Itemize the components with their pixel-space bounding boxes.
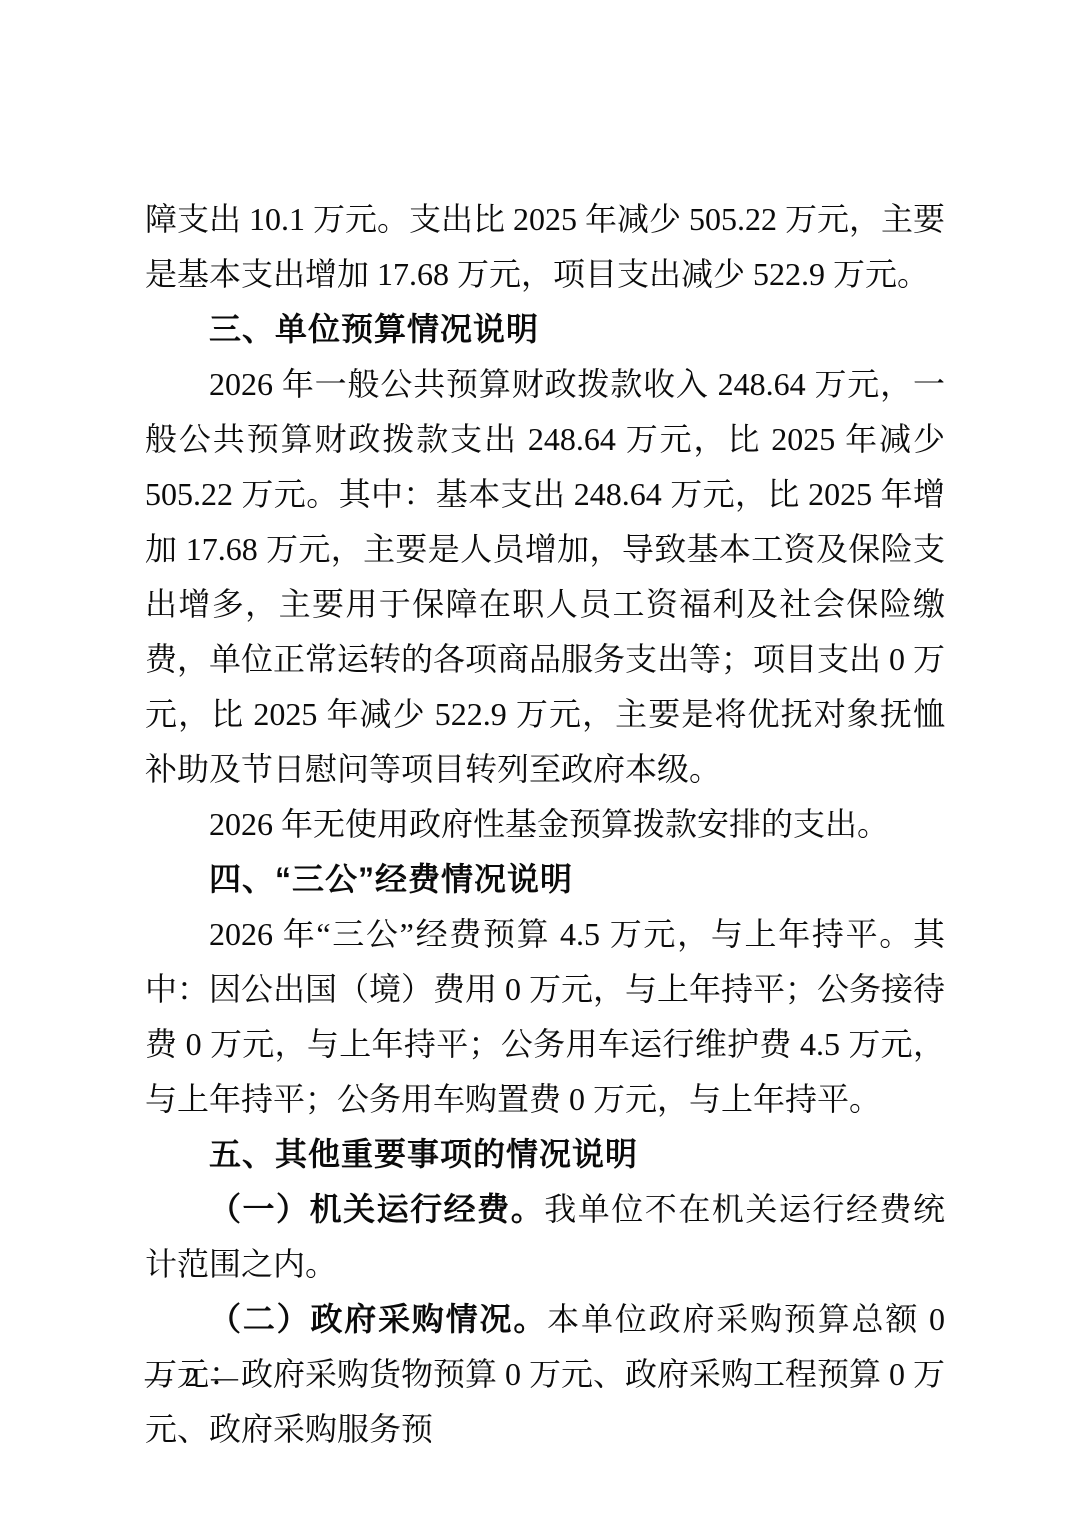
document-body: 障支出 10.1 万元。支出比 2025 年减少 505.22 万元，主要是基本… — [145, 192, 945, 1457]
paragraph-operating-costs: （一）机关运行经费。我单位不在机关运行经费统计范围之内。 — [145, 1182, 945, 1292]
paragraph-continuation: 障支出 10.1 万元。支出比 2025 年减少 505.22 万元，主要是基本… — [145, 192, 945, 302]
paragraph-three-public-expenses: 2026 年“三公”经费预算 4.5 万元，与上年持平。其中：因公出国（境）费用… — [145, 907, 945, 1127]
paragraph-government-procurement: （二）政府采购情况。本单位政府采购预算总额 0 万元：政府采购货物预算 0 万元… — [145, 1292, 945, 1457]
section-heading-5: 五、其他重要事项的情况说明 — [145, 1127, 945, 1182]
paragraph-government-fund: 2026 年无使用政府性基金预算拨款安排的支出。 — [145, 797, 945, 852]
paragraph-budget-explanation: 2026 年一般公共预算财政拨款收入 248.64 万元，一般公共预算财政拨款支… — [145, 357, 945, 797]
page-number: — 2 — — [145, 1362, 241, 1392]
section-heading-4: 四、“三公”经费情况说明 — [145, 852, 945, 907]
page-footer: — 2 — — [145, 1360, 241, 1394]
paragraph-lead: （一）机关运行经费。 — [209, 1191, 544, 1227]
paragraph-lead: （二）政府采购情况。 — [209, 1301, 547, 1337]
section-heading-3: 三、单位预算情况说明 — [145, 302, 945, 357]
document-page: 障支出 10.1 万元。支出比 2025 年减少 505.22 万元，主要是基本… — [0, 0, 1074, 1520]
